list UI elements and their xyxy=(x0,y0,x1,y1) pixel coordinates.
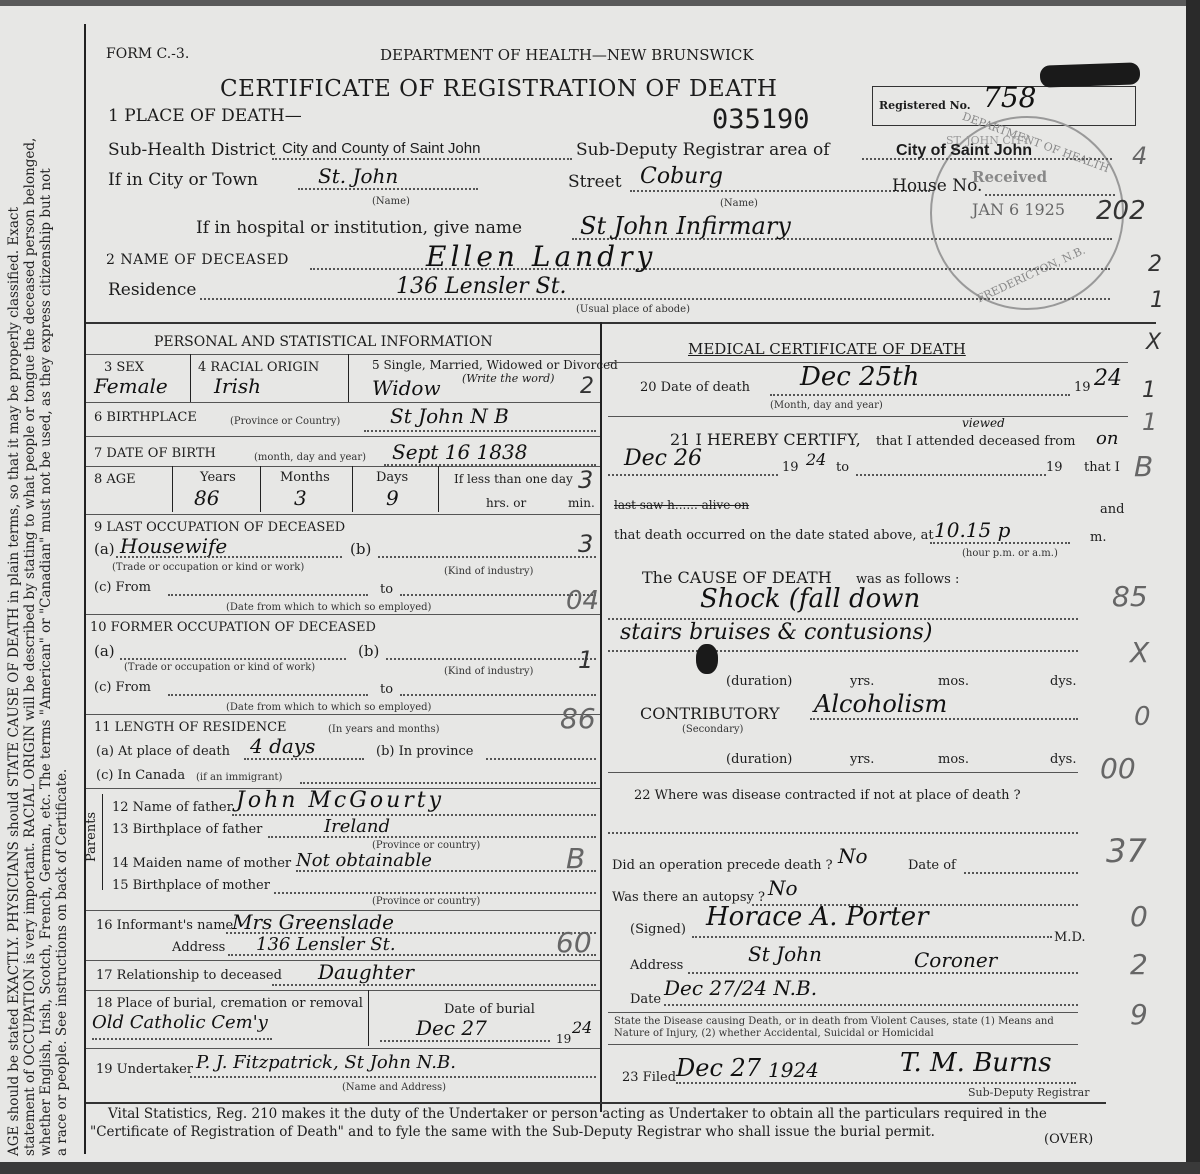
undertaker-field[interactable] xyxy=(190,1076,596,1078)
days-value: 9 xyxy=(386,486,399,510)
min-label: min. xyxy=(568,496,595,510)
certificate-title: CERTIFICATE OF REGISTRATION OF DEATH xyxy=(220,76,777,102)
hospital-label: If in hospital or institution, give name xyxy=(196,218,522,238)
occupation-a-caption: (Trade or occupation or kind or work) xyxy=(112,562,304,573)
residence-a-field[interactable] xyxy=(244,758,364,760)
contributory-duration-dys: dys. xyxy=(1050,752,1076,767)
rule xyxy=(86,714,600,715)
occupation-a-field[interactable] xyxy=(116,556,342,558)
filed-field[interactable] xyxy=(676,1082,1076,1084)
city-value: St. John xyxy=(318,164,398,188)
street-caption: (Name) xyxy=(720,198,758,209)
certificate-number: 035190 xyxy=(712,104,810,135)
medical-address-field[interactable] xyxy=(688,972,1078,974)
operation-value: No xyxy=(838,844,868,868)
sub-health-district-field[interactable] xyxy=(272,158,572,160)
former-b-label: (b) xyxy=(358,642,379,660)
residence-value: 136 Lensler St. xyxy=(396,274,567,299)
residence-caption: (Usual place of abode) xyxy=(576,304,690,315)
informant-address-label: Address xyxy=(172,940,225,955)
cause-instruction-note: State the Disease causing Death, or in d… xyxy=(614,1016,1084,1040)
filed-year: 1924 xyxy=(768,1058,819,1082)
stamp-date: JAN 6 1925 xyxy=(972,200,1065,219)
signed-field[interactable] xyxy=(692,936,1052,938)
last-occupation-label: 9 LAST OCCUPATION OF DECEASED xyxy=(94,520,345,535)
margin-code: 1 xyxy=(578,646,593,674)
filed-label: 23 Filed xyxy=(622,1070,676,1085)
q22-field[interactable] xyxy=(608,832,1078,834)
former-c-label: (c) From xyxy=(94,680,151,695)
rule xyxy=(608,772,1078,773)
racial-value: Irish xyxy=(214,374,261,398)
birthplace-field[interactable] xyxy=(364,430,596,432)
dob-hint: (month, day and year) xyxy=(254,452,366,463)
occurred-value: 10.15 p xyxy=(934,518,1010,542)
occurred-text: that death occurred on the date stated a… xyxy=(614,528,934,543)
scan-bottom-edge xyxy=(0,1162,1200,1174)
street-field[interactable] xyxy=(630,190,930,192)
hrs-label: hrs. or xyxy=(486,496,526,510)
margin-code: B xyxy=(1134,450,1153,483)
burial-label: 18 Place of burial, cremation or removal xyxy=(96,996,363,1011)
scan-right-edge xyxy=(1186,0,1200,1174)
undertaker-value: P. J. Fitzpatrick, St John N.B. xyxy=(196,1052,456,1073)
years-label: Years xyxy=(200,470,236,485)
street-label: Street xyxy=(568,172,622,192)
medical-date-field[interactable] xyxy=(664,1004,1078,1006)
margin-code: 2 xyxy=(1148,252,1162,277)
margin-code: 1 xyxy=(1150,288,1164,313)
rule xyxy=(86,354,600,355)
margin-code: 9 xyxy=(1130,998,1148,1031)
rule xyxy=(438,466,439,512)
margin-code: 04 xyxy=(566,586,599,616)
rule xyxy=(86,514,600,515)
operation-date-label: Date of xyxy=(908,858,956,873)
and-label: and xyxy=(1100,502,1124,517)
margin-code: 3 xyxy=(578,530,593,558)
medical-date-label: Date xyxy=(630,992,661,1007)
side-instruction-line-1: AGE should be stated EXACTLY. PHYSICIANS… xyxy=(6,16,22,1156)
burial-date-label: Date of burial xyxy=(444,1002,535,1017)
last-saw-text: last saw h...... alive on xyxy=(614,498,749,512)
contributory-duration-yrs: yrs. xyxy=(850,752,874,767)
column-divider xyxy=(600,322,602,1112)
mother-name-field[interactable] xyxy=(296,870,596,872)
residence-b-field[interactable] xyxy=(486,758,596,760)
informant-address-field[interactable] xyxy=(228,954,596,956)
months-label: Months xyxy=(280,470,330,485)
burial-year-prefix: 19 xyxy=(556,1032,571,1046)
residence-a-value: 4 days xyxy=(250,734,315,758)
former-c-caption: (Date from which to which so employed) xyxy=(226,702,431,713)
form-number: FORM C.-3. xyxy=(106,46,189,62)
registrar-signature: T. M. Burns xyxy=(900,1048,1052,1078)
former-from-field[interactable] xyxy=(168,694,368,696)
mother-name-label: 14 Maiden name of mother xyxy=(112,856,291,871)
years-value: 86 xyxy=(194,486,219,510)
marital-hint: (Write the word) xyxy=(462,372,554,385)
rule xyxy=(86,1048,600,1049)
deceased-name-value: Ellen Landry xyxy=(426,240,656,273)
certify-to-field[interactable] xyxy=(856,474,1046,476)
cause-line-2-field[interactable] xyxy=(608,650,1078,652)
that-i: that I xyxy=(1084,460,1120,475)
parents-group-label: Parents xyxy=(84,812,99,862)
city-label: If in City or Town xyxy=(108,170,258,190)
residence-length-hint: (In years and months) xyxy=(328,724,440,735)
autopsy-value: No xyxy=(768,876,798,900)
certify-correction: viewed xyxy=(962,416,1005,430)
certify-to-label: to xyxy=(836,460,849,475)
contributory-caption: (Secondary) xyxy=(682,724,743,735)
hospital-value: St John Infirmary xyxy=(580,212,791,240)
sex-value: Female xyxy=(94,374,168,398)
relationship-value: Daughter xyxy=(318,960,414,984)
house-no-label: House No. xyxy=(892,176,982,196)
residence-field[interactable] xyxy=(200,298,1110,300)
sub-deputy-area-value: City of Saint John xyxy=(896,142,1032,160)
occupation-c-caption: (Date from which to which so employed) xyxy=(226,602,431,613)
left-border-line xyxy=(84,24,86,1154)
occurred-field[interactable] xyxy=(930,542,1070,544)
city-field[interactable] xyxy=(298,188,478,190)
informant-name-value: Mrs Greenslade xyxy=(232,910,394,934)
certify-date: Dec 26 xyxy=(624,446,702,471)
side-instruction-line-2: statement of OCCUPATION is very importan… xyxy=(22,16,38,1156)
rule xyxy=(190,354,191,402)
burial-value: Old Catholic Cem'y xyxy=(92,1012,268,1033)
birthplace-hint: (Province or Country) xyxy=(230,416,340,427)
bottom-divider xyxy=(86,1102,1106,1104)
occupation-b-caption: (Kind of industry) xyxy=(444,566,533,577)
occurred-caption: (hour p.m. or a.m.) xyxy=(962,548,1058,559)
margin-code: 1 xyxy=(1142,408,1157,436)
rule xyxy=(86,614,600,615)
burial-date-field[interactable] xyxy=(380,1040,550,1042)
medical-address-role: Coroner xyxy=(914,948,997,972)
signed-label: (Signed) xyxy=(630,922,686,937)
rule xyxy=(102,794,103,890)
personal-section-title: PERSONAL AND STATISTICAL INFORMATION xyxy=(154,334,493,350)
former-to-label: to xyxy=(380,682,393,697)
certify-text: that I attended deceased from xyxy=(876,434,1075,449)
residence-c-label: (c) In Canada xyxy=(96,768,185,783)
sub-health-district-label: Sub-Health District xyxy=(108,140,275,160)
certify-on: on xyxy=(1096,428,1118,449)
father-name-field[interactable] xyxy=(232,814,596,816)
margin-code: 2 xyxy=(1130,948,1148,981)
department-name: DEPARTMENT OF HEALTH—NEW BRUNSWICK xyxy=(380,46,754,64)
former-a-caption: (Trade or occupation or kind of work) xyxy=(124,662,315,673)
racial-label: 4 RACIAL ORIGIN xyxy=(198,360,319,375)
margin-code: 202 xyxy=(1096,196,1146,226)
cause-line-2: stairs bruises & contusions) xyxy=(620,620,932,645)
date-of-death-year: 24 xyxy=(1094,366,1122,391)
occupation-b-field[interactable] xyxy=(378,556,596,558)
sub-deputy-area-label: Sub-Deputy Registrar area of xyxy=(576,140,830,160)
residence-c-field[interactable] xyxy=(300,782,596,784)
date-of-death-value: Dec 25th xyxy=(800,362,919,392)
birthplace-value: St John N B xyxy=(390,404,509,428)
rule xyxy=(608,416,1128,417)
medical-section-title: MEDICAL CERTIFICATE OF DEATH xyxy=(688,340,966,358)
contributory-value: Alcoholism xyxy=(814,690,947,718)
less-than-day-label: If less than one day xyxy=(454,472,573,486)
residence-label: Residence xyxy=(108,280,197,300)
contributory-duration-label: (duration) xyxy=(726,752,792,767)
margin-code: 1 xyxy=(1142,378,1156,403)
undertaker-caption: (Name and Address) xyxy=(342,1082,446,1093)
mother-name-value: Not obtainable xyxy=(296,850,432,871)
over-label: (OVER) xyxy=(1044,1132,1093,1147)
rule xyxy=(86,436,600,437)
father-birthplace-label: 13 Birthplace of father xyxy=(112,822,262,837)
father-birthplace-value: Ireland xyxy=(324,816,390,837)
contributory-label: CONTRIBUTORY xyxy=(640,704,780,723)
rule xyxy=(608,1012,1078,1013)
days-label: Days xyxy=(376,470,408,485)
marital-value: Widow xyxy=(372,376,441,400)
rule xyxy=(260,466,261,512)
side-instruction-line-3: whether English, Irish, Scotch, French, … xyxy=(38,16,54,1156)
redaction-mark xyxy=(1040,62,1141,87)
margin-code: 0 xyxy=(1130,900,1148,933)
occupation-b-label: (b) xyxy=(350,540,371,558)
burial-year-value: 24 xyxy=(572,1018,592,1037)
duration-dys: dys. xyxy=(1050,674,1076,689)
top-divider xyxy=(86,322,1156,324)
filed-value: Dec 27 xyxy=(676,1054,761,1082)
rule xyxy=(86,466,600,467)
margin-code: 86 xyxy=(560,702,596,735)
father-name-value: John McGourty xyxy=(236,788,444,813)
medical-address-label: Address xyxy=(630,958,683,973)
father-birthplace-field[interactable] xyxy=(268,836,596,838)
former-b-field[interactable] xyxy=(386,658,596,660)
margin-code: 2 xyxy=(580,374,594,399)
certify-from-field[interactable] xyxy=(608,474,778,476)
sub-health-district-value: City and County of Saint John xyxy=(282,140,480,157)
margin-code: X xyxy=(1130,636,1149,669)
side-instructions: AGE should be stated EXACTLY. PHYSICIANS… xyxy=(6,16,94,1156)
undertaker-label: 19 Undertaker xyxy=(96,1062,193,1077)
occurred-m: m. xyxy=(1090,530,1106,545)
contributory-field[interactable] xyxy=(810,718,1078,720)
margin-code: 0 xyxy=(1134,702,1151,732)
certify-year: 24 xyxy=(806,450,826,469)
informant-name-label: 16 Informant's name xyxy=(96,918,233,933)
occupation-a-value: Housewife xyxy=(120,534,227,558)
mother-caption: (Province or country) xyxy=(372,896,480,907)
residence-b-label: (b) In province xyxy=(376,744,473,759)
rule xyxy=(86,990,600,991)
signed-value: Horace A. Porter xyxy=(706,902,929,932)
city-caption: (Name) xyxy=(372,196,410,207)
burial-field[interactable] xyxy=(92,1038,272,1040)
residence-length-label: 11 LENGTH OF RESIDENCE xyxy=(94,720,287,735)
stamp-received: Received xyxy=(972,168,1047,186)
margin-code: X xyxy=(1146,330,1161,355)
months-value: 3 xyxy=(294,486,307,510)
operation-label: Did an operation precede death ? xyxy=(612,858,833,873)
certify-year-prefix: 19 xyxy=(782,460,799,475)
marital-label: 5 Single, Married, Widowed or Divorced xyxy=(372,358,618,372)
mother-birthplace-label: 15 Birthplace of mother xyxy=(112,878,270,893)
margin-code: 60 xyxy=(556,926,592,959)
duration-mos: mos. xyxy=(938,674,969,689)
birthplace-label: 6 BIRTHPLACE xyxy=(94,410,197,425)
cause-line-1: Shock (fall down xyxy=(700,584,920,614)
rule xyxy=(352,466,353,512)
occupation-from-field[interactable] xyxy=(168,594,368,596)
rule xyxy=(172,466,173,512)
rule xyxy=(86,402,600,403)
footer-line-2: "Certificate of Registration of Death" a… xyxy=(90,1124,935,1140)
medical-date-value: Dec 27/24 N.B. xyxy=(664,976,817,1000)
occupation-a-label: (a) xyxy=(94,540,115,558)
father-name-label: 12 Name of father xyxy=(112,800,233,815)
mother-birthplace-field[interactable] xyxy=(274,892,596,894)
md-label: M.D. xyxy=(1054,930,1086,945)
relationship-field[interactable] xyxy=(272,984,596,986)
occupation-c-label: (c) From xyxy=(94,580,151,595)
rule xyxy=(348,354,349,402)
margin-code: 85 xyxy=(1112,580,1148,613)
q22-label: 22 Where was disease contracted if not a… xyxy=(634,788,1021,803)
margin-code: 3 xyxy=(578,466,593,494)
burial-date-value: Dec 27 xyxy=(416,1016,487,1040)
residence-c-hint: (if an immigrant) xyxy=(196,772,282,783)
former-occupation-label: 10 FORMER OCCUPATION OF DECEASED xyxy=(90,620,376,635)
former-b-caption: (Kind of industry) xyxy=(444,666,533,677)
occupation-to-label: to xyxy=(380,582,393,597)
certificate-sheet: AGE should be stated EXACTLY. PHYSICIANS… xyxy=(0,6,1186,1164)
deceased-name-label: 2 NAME OF DECEASED xyxy=(106,252,289,268)
rule xyxy=(608,1044,1078,1045)
sex-label: 3 SEX xyxy=(104,360,144,375)
certify-to-year: 19 xyxy=(1046,460,1063,475)
margin-code: B xyxy=(566,842,585,875)
date-of-death-year-prefix: 19 xyxy=(1074,380,1091,395)
rule xyxy=(368,990,369,1046)
date-of-death-caption: (Month, day and year) xyxy=(770,400,883,411)
margin-code: 00 xyxy=(1100,752,1136,785)
medical-address-value: St John xyxy=(748,942,822,966)
dob-value: Sept 16 1838 xyxy=(392,440,527,464)
residence-a-label: (a) At place of death xyxy=(96,744,230,759)
duration-yrs: yrs. xyxy=(850,674,874,689)
margin-code: 37 xyxy=(1106,832,1147,870)
operation-date-field[interactable] xyxy=(964,872,1078,874)
ink-blot xyxy=(696,644,718,674)
footer-line-1: Vital Statistics, Reg. 210 makes it the … xyxy=(108,1106,1047,1122)
date-of-death-label: 20 Date of death xyxy=(640,380,750,395)
side-instruction-line-4: a race or people. See instructions on ba… xyxy=(54,16,70,1156)
place-of-death-label: 1 PLACE OF DEATH— xyxy=(108,106,302,126)
date-of-death-field[interactable] xyxy=(770,394,1070,396)
duration-label: (duration) xyxy=(726,674,792,689)
age-label: 8 AGE xyxy=(94,472,136,487)
margin-code: 4 xyxy=(1132,142,1147,170)
registered-no-label: Registered No. xyxy=(879,99,971,112)
stamp-bottom-text: FREDERICTON, N.B. xyxy=(975,244,1088,306)
contributory-duration-mos: mos. xyxy=(938,752,969,767)
street-value: Coburg xyxy=(640,164,723,189)
informant-address-value: 136 Lensler St. xyxy=(256,934,396,955)
former-a-label: (a) xyxy=(94,642,115,660)
registrar-caption: Sub-Deputy Registrar xyxy=(968,1086,1089,1099)
relationship-label: 17 Relationship to deceased xyxy=(96,968,282,983)
former-to-field[interactable] xyxy=(400,694,596,696)
former-a-field[interactable] xyxy=(120,658,346,660)
registered-no-value: 758 xyxy=(983,81,1036,114)
dob-label: 7 DATE OF BIRTH xyxy=(94,446,216,461)
